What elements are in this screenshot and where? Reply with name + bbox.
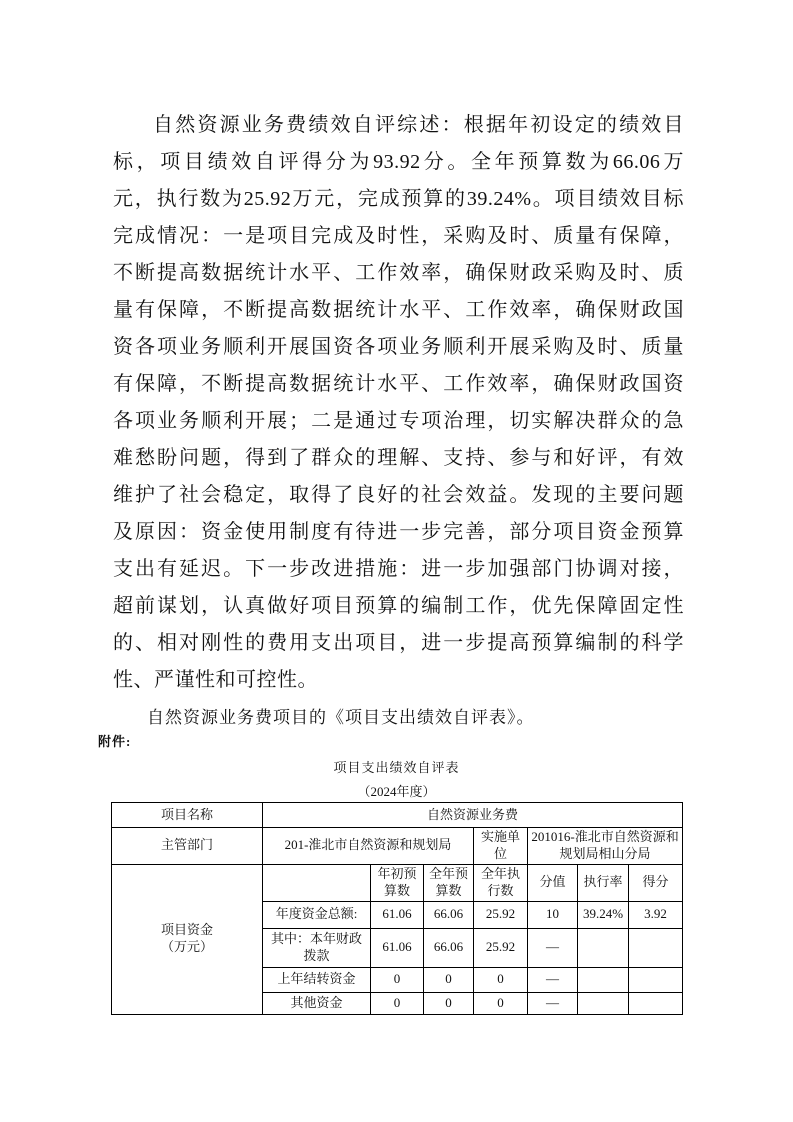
header-exec-rate: 执行率 xyxy=(578,864,629,901)
body-line-16: 性、严谨性和可控性。 xyxy=(113,662,684,699)
header-empty-cell xyxy=(263,864,371,901)
header-annual-budget: 全年预算数 xyxy=(424,864,474,901)
dept-value: 201-淮北市自然资源和规划局 xyxy=(263,828,474,865)
header-initial-budget: 年初预算数 xyxy=(371,864,424,901)
cell-points: — xyxy=(528,967,578,992)
table-row-department: 主管部门 201-淮北市自然资源和规划局 实施单位 201016-淮北市自然资源… xyxy=(112,828,683,865)
evaluation-table: 项目名称 自然资源业务费 主管部门 201-淮北市自然资源和规划局 实施单位 2… xyxy=(111,802,683,1015)
attachment-label: 附件: xyxy=(98,731,131,750)
body-line-1: 自然资源业务费绩效自评综述：根据年初设定的绩效目 xyxy=(113,107,684,144)
cell-initial: 61.06 xyxy=(371,901,424,928)
fund-row-label: 年度资金总额: xyxy=(263,901,371,928)
body-line-10: 难愁盼问题，得到了群众的理解、支持、参与和好评，有效 xyxy=(113,440,684,477)
fund-row-label: 其中：本年财政拨款 xyxy=(263,928,371,967)
cell-points: — xyxy=(528,992,578,1014)
evaluation-table-wrapper: 项目名称 自然资源业务费 主管部门 201-淮北市自然资源和规划局 实施单位 2… xyxy=(111,802,683,1015)
cell-annual: 0 xyxy=(424,992,474,1014)
cell-initial: 0 xyxy=(371,992,424,1014)
project-name-label: 项目名称 xyxy=(112,803,263,828)
cell-score xyxy=(629,992,683,1014)
cell-score: 3.92 xyxy=(629,901,683,928)
table-row-headers: 项目资金 （万元） 年初预算数 全年预算数 全年执行数 分值 执行率 得分 xyxy=(112,864,683,901)
table-year-subtitle: （2024年度） xyxy=(111,781,682,800)
funds-label-line2: （万元） xyxy=(114,939,260,956)
cell-score xyxy=(629,967,683,992)
body-line-7: 资各项业务顺利开展国资各项业务顺利开展采购及时、质量 xyxy=(113,329,684,366)
fund-row-label: 其他资金 xyxy=(263,992,371,1014)
cell-exec-rate xyxy=(578,992,629,1014)
body-line-2: 标，项目绩效自评得分为93.92分。全年预算数为66.06万 xyxy=(113,144,684,181)
body-line-6: 量有保障，不断提高数据统计水平、工作效率，确保财政国 xyxy=(113,292,684,329)
table-row-project-name: 项目名称 自然资源业务费 xyxy=(112,803,683,828)
cell-executed: 0 xyxy=(474,992,528,1014)
fund-row-label: 上年结转资金 xyxy=(263,967,371,992)
header-points: 分值 xyxy=(528,864,578,901)
attachment-sentence: 自然资源业务费项目的《项目支出绩效自评表》。 xyxy=(113,699,684,736)
cell-executed: 25.92 xyxy=(474,928,528,967)
cell-annual: 0 xyxy=(424,967,474,992)
cell-initial: 0 xyxy=(371,967,424,992)
body-line-11: 维护了社会稳定，取得了良好的社会效益。发现的主要问题 xyxy=(113,477,684,514)
cell-exec-rate xyxy=(578,967,629,992)
body-line-14: 超前谋划，认真做好项目预算的编制工作，优先保障固定性 xyxy=(113,588,684,625)
cell-executed: 25.92 xyxy=(474,901,528,928)
body-text-block: 自然资源业务费绩效自评综述：根据年初设定的绩效目 标，项目绩效自评得分为93.9… xyxy=(113,107,684,736)
cell-score xyxy=(629,928,683,967)
cell-initial: 61.06 xyxy=(371,928,424,967)
header-score: 得分 xyxy=(629,864,683,901)
body-line-12: 及原因：资金使用制度有待进一步完善，部分项目资金预算 xyxy=(113,514,684,551)
dept-label: 主管部门 xyxy=(112,828,263,865)
project-name-value: 自然资源业务费 xyxy=(263,803,683,828)
body-line-13: 支出有延迟。下一步改进措施：进一步加强部门协调对接， xyxy=(113,551,684,588)
cell-exec-rate: 39.24% xyxy=(578,901,629,928)
document-page: 自然资源业务费绩效自评综述：根据年初设定的绩效目 标，项目绩效自评得分为93.9… xyxy=(0,0,793,1122)
impl-unit-label: 实施单位 xyxy=(474,828,528,865)
funds-rowspan-label: 项目资金 （万元） xyxy=(112,864,263,1014)
cell-executed: 0 xyxy=(474,967,528,992)
header-annual-executed: 全年执行数 xyxy=(474,864,528,901)
funds-label-line1: 项目资金 xyxy=(114,922,260,939)
impl-unit-value: 201016-淮北市自然资源和规划局相山分局 xyxy=(528,828,683,865)
table-title: 项目支出绩效自评表 xyxy=(111,757,682,776)
body-line-8: 有保障，不断提高数据统计水平、工作效率，确保财政国资 xyxy=(113,366,684,403)
cell-annual: 66.06 xyxy=(424,901,474,928)
cell-exec-rate xyxy=(578,928,629,967)
cell-points: — xyxy=(528,928,578,967)
body-line-5: 不断提高数据统计水平、工作效率，确保财政采购及时、质 xyxy=(113,255,684,292)
cell-points: 10 xyxy=(528,901,578,928)
body-line-4: 完成情况：一是项目完成及时性，采购及时、质量有保障， xyxy=(113,218,684,255)
cell-annual: 66.06 xyxy=(424,928,474,967)
body-line-15: 的、相对刚性的费用支出项目，进一步提高预算编制的科学 xyxy=(113,625,684,662)
body-line-3: 元，执行数为25.92万元，完成预算的39.24%。项目绩效目标 xyxy=(113,181,684,218)
body-line-9: 各项业务顺利开展；二是通过专项治理，切实解决群众的急 xyxy=(113,403,684,440)
